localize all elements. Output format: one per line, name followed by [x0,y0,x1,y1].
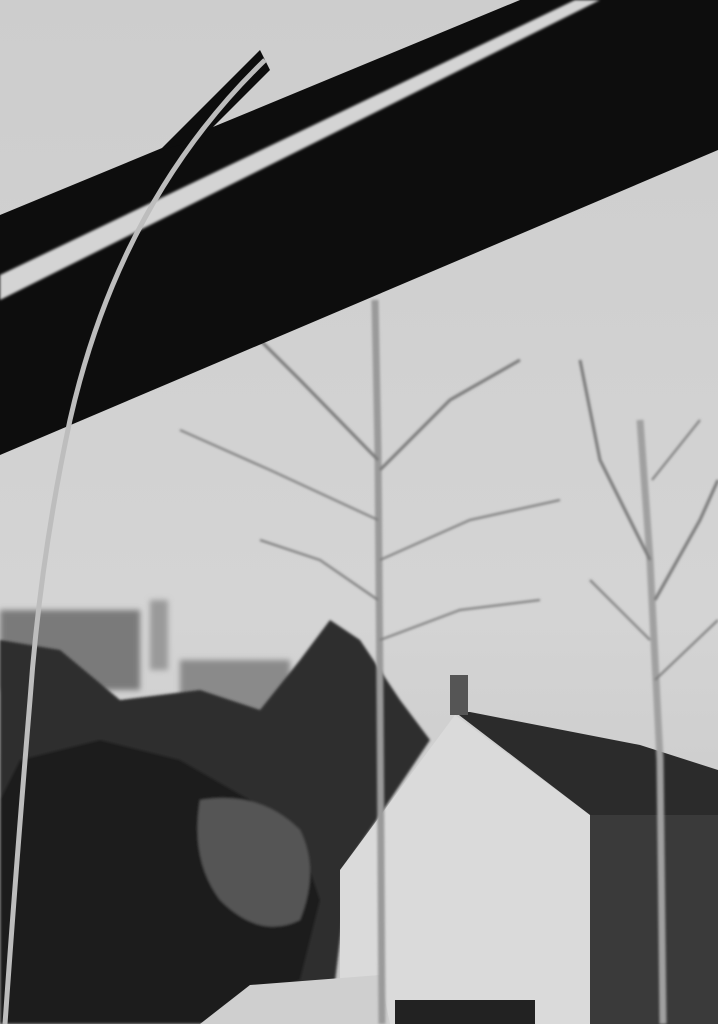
porch-shadow [395,1000,535,1024]
chimney [450,675,468,715]
scene [0,0,718,1024]
photograph [0,0,718,1024]
house-side-wall [590,815,718,1024]
